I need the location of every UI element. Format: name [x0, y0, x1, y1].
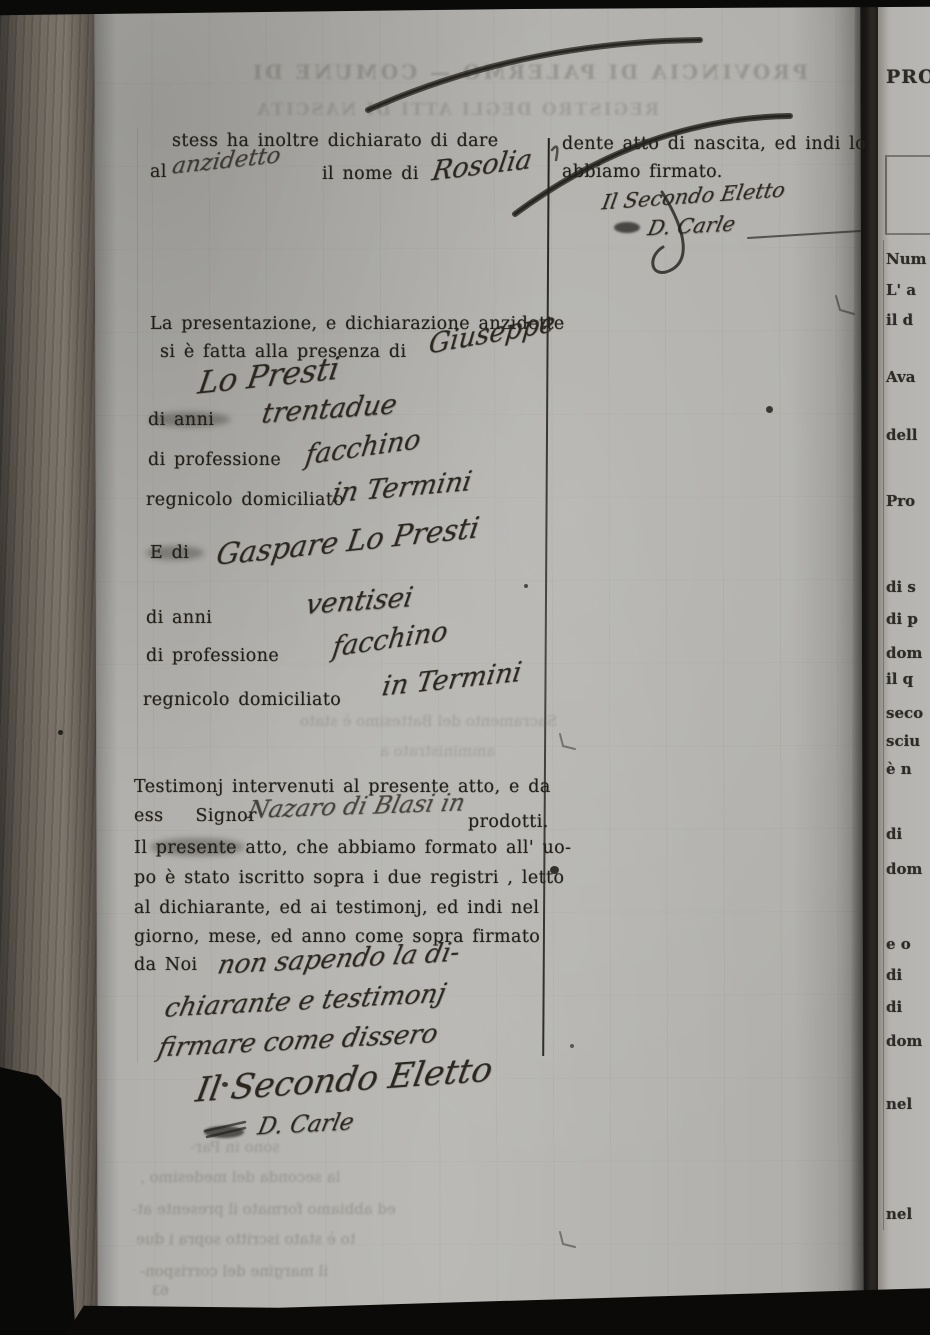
right-page-fragment: nel: [886, 1095, 912, 1113]
right-page-fragment: dom: [886, 860, 922, 878]
ink-speck: [58, 730, 63, 735]
right-page-fragment: Ava: [886, 368, 915, 386]
ink-blob: [614, 222, 640, 233]
right-page-fragment: di: [886, 966, 902, 984]
ink-speck: [524, 584, 528, 588]
right-page-fragment: di: [886, 998, 902, 1016]
ink-speck: [550, 866, 559, 874]
right-page-fragment: il d: [886, 311, 913, 329]
bleed-through-mid-1: Sacramento del Battesimo è stato: [300, 712, 557, 730]
right-page-fragment: di p: [886, 610, 918, 628]
right-page-fragment: e o: [886, 935, 911, 953]
right-page-fragment: Num: [886, 250, 927, 268]
right-page-fragment: dom: [886, 1032, 922, 1050]
printed-label-anni-2: di anni: [146, 608, 212, 628]
ink-speck: [222, 1082, 228, 1087]
bleed-through-title: PROVINCIA DI PALERMO — COMUNE DI: [250, 60, 808, 84]
left-margin-rule: [137, 128, 138, 1063]
printed-label-professione-1: di professione: [148, 450, 281, 470]
printed-closing-danoi: da Noi: [134, 955, 198, 975]
bleed-through-bottom-4: to è stato iscritto sopra i due: [136, 1230, 356, 1248]
right-page-fragment: il q: [886, 670, 913, 688]
bleed-through-subtitle: REGISTRO DEGLI ATTI DI NASCITA: [255, 100, 659, 120]
right-page-fragment: di: [886, 825, 902, 843]
printed-label-anni-1: di anni: [148, 410, 214, 430]
bleed-through-bottom-3: ed abbiamo formato il presente at-: [132, 1200, 396, 1218]
bleed-through-mid-2: amministrato a: [380, 742, 495, 760]
printed-closing-prodotti: prodotti.: [468, 812, 549, 832]
printed-label-domiciliato-2: regnicolo domiciliato: [143, 690, 341, 710]
right-page-fragment: dom: [886, 644, 922, 662]
right-page-column-rule: [883, 240, 884, 1230]
printed-label-edi: E di: [150, 543, 189, 563]
printed-closing-line3: Il presente atto, che abbiamo formato al…: [134, 838, 571, 858]
printed-label-professione-2: di professione: [146, 646, 279, 666]
printed-label-domiciliato-1: regnicolo domiciliato: [146, 490, 344, 510]
bleed-through-bottom-2: la seconda del medesimo ,: [140, 1168, 340, 1186]
right-page-fragment: di s: [886, 578, 916, 596]
right-page-fragment: seco: [886, 704, 923, 722]
bleed-through-page-number: 63: [152, 1284, 169, 1299]
bleed-through-bottom-1: sono in Par-: [190, 1138, 280, 1156]
printed-decl-line2-al: al: [150, 162, 167, 182]
register-scan-photo: PROVINCIA DI PALERMO — COMUNE DI REGISTR…: [0, 0, 930, 1335]
printed-right-line1: dente atto di nascita, ed indi lo: [562, 134, 866, 154]
ink-blob: [204, 1126, 244, 1138]
right-page-fragment-pro: PRO: [886, 66, 930, 88]
right-page-fragment: nel: [886, 1205, 912, 1223]
right-page-fragment: L' a: [886, 281, 916, 299]
ink-speck: [570, 1044, 574, 1048]
right-page-header-box: [885, 155, 930, 235]
signature-name-bottom: D. Carle: [255, 1109, 356, 1140]
right-page-fragment: Pro: [886, 492, 915, 510]
printed-closing-line2: ess Signor: [134, 806, 257, 826]
right-page-fragment: dell: [886, 426, 917, 444]
printed-decl-line2-nome: il nome di: [322, 164, 419, 184]
printed-right-line2: abbiamo firmato.: [562, 162, 723, 182]
right-page-fragment: è n: [886, 760, 912, 778]
printed-closing-line5: al dichiarante, ed ai testimonj, ed indi…: [134, 898, 539, 918]
right-page-fragment: sciu: [886, 732, 920, 750]
signature-name-top: D. Carle: [645, 212, 737, 241]
bleed-through-bottom-5: il margine del corrispon-: [140, 1262, 328, 1280]
printed-closing-line4: po è stato iscritto sopra i due registri…: [134, 868, 564, 888]
ink-speck: [766, 406, 773, 413]
